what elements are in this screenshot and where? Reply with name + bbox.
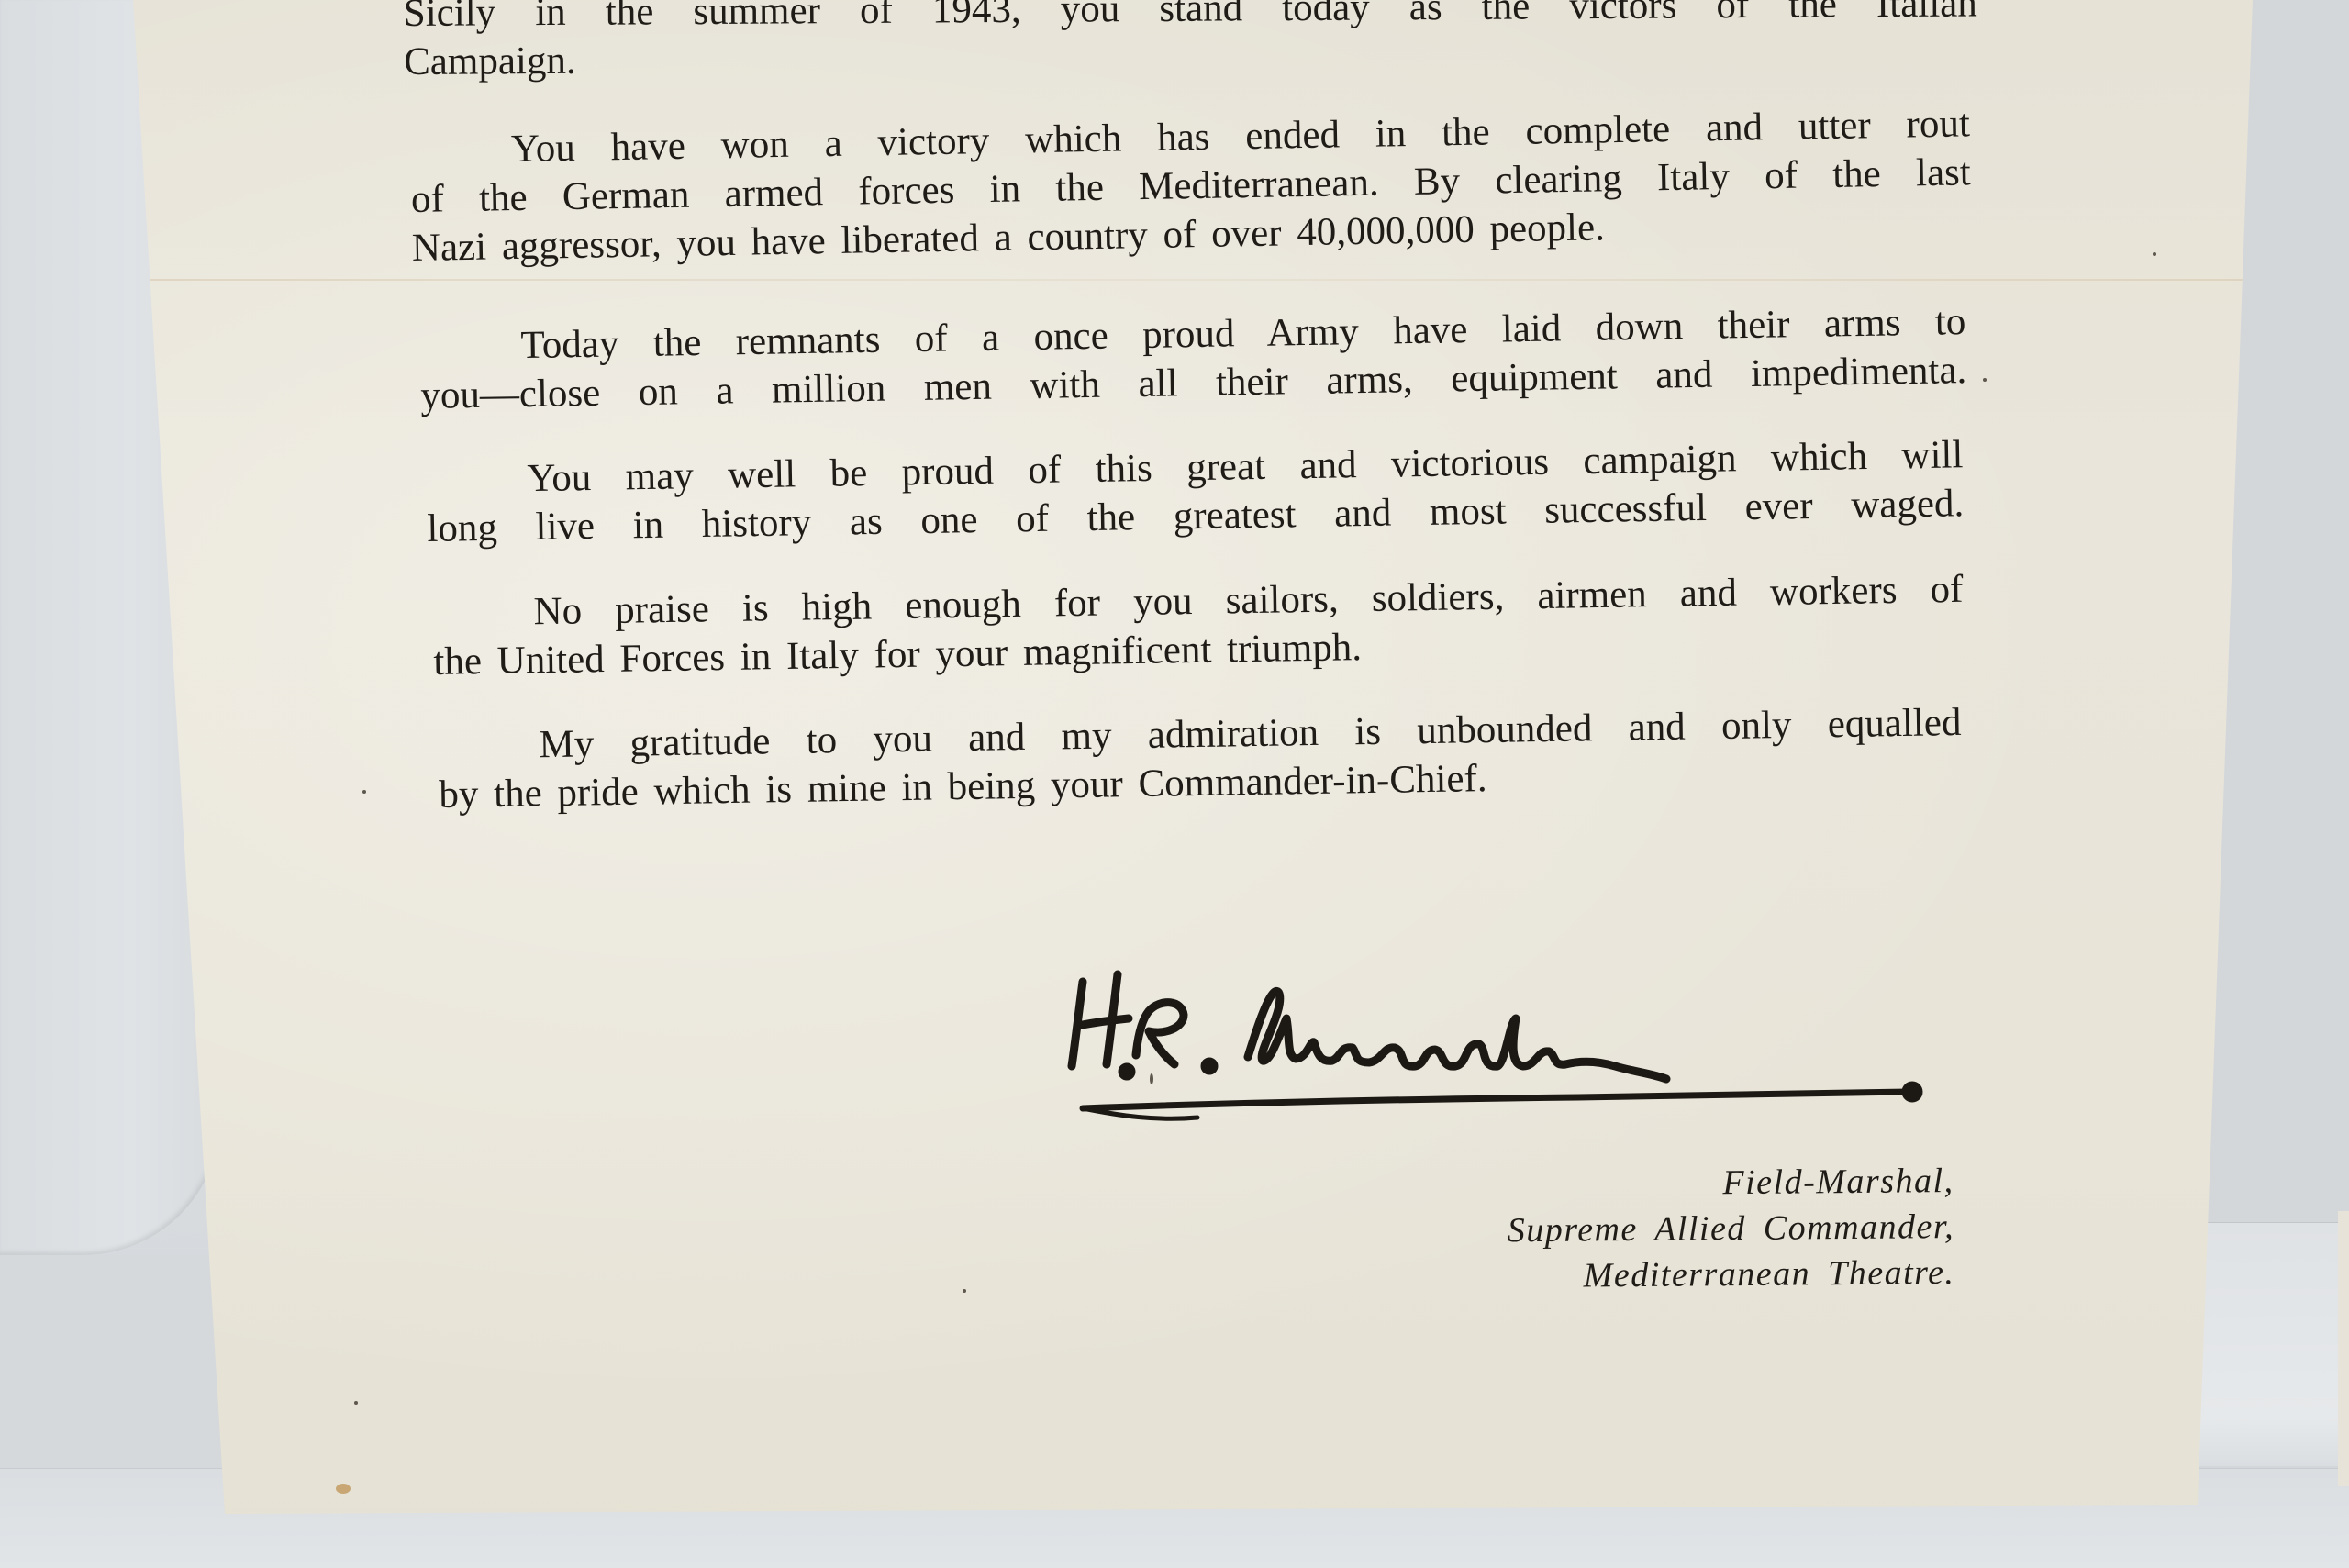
paragraph-victory: You have won a victory which has ended i… — [410, 99, 1973, 272]
paragraph-proud: You may well be proud of this great and … — [426, 430, 1965, 553]
title-rank: Field-Marshal, — [1394, 1158, 1954, 1208]
handwritten-signature — [1046, 954, 1945, 1138]
paragraph-continuation: Sicily in the summer of 1943, you stand … — [404, 0, 1978, 86]
signature-icon — [1046, 954, 1945, 1138]
paper-speck — [1983, 378, 1987, 382]
paragraph-praise: No praise is high enough for you sailors… — [432, 565, 1964, 686]
signatory-title-block: Field-Marshal, Supreme Allied Commander,… — [1394, 1158, 1954, 1300]
paper-speck — [2153, 252, 2156, 256]
title-theatre: Mediterranean Theatre. — [1395, 1250, 1954, 1300]
paper-fold-line — [133, 279, 2253, 281]
paragraph-gratitude: My gratitude to you and my admiration is… — [438, 698, 1962, 819]
adjacent-sheet-edge — [2338, 1211, 2349, 1486]
tray-right-ledge — [2198, 1222, 2349, 1466]
title-position: Supreme Allied Commander, — [1395, 1204, 1954, 1254]
paper-speck — [362, 790, 366, 794]
paper-stain — [336, 1484, 351, 1494]
paper-speck — [354, 1401, 358, 1405]
document-sheet: Sicily in the summer of 1943, you stand … — [0, 0, 2349, 1568]
text-line: Campaign. — [404, 28, 1977, 86]
paragraph-surrender: Today the remnants of a once proud Army … — [419, 297, 1967, 420]
paper-speck — [963, 1289, 966, 1293]
